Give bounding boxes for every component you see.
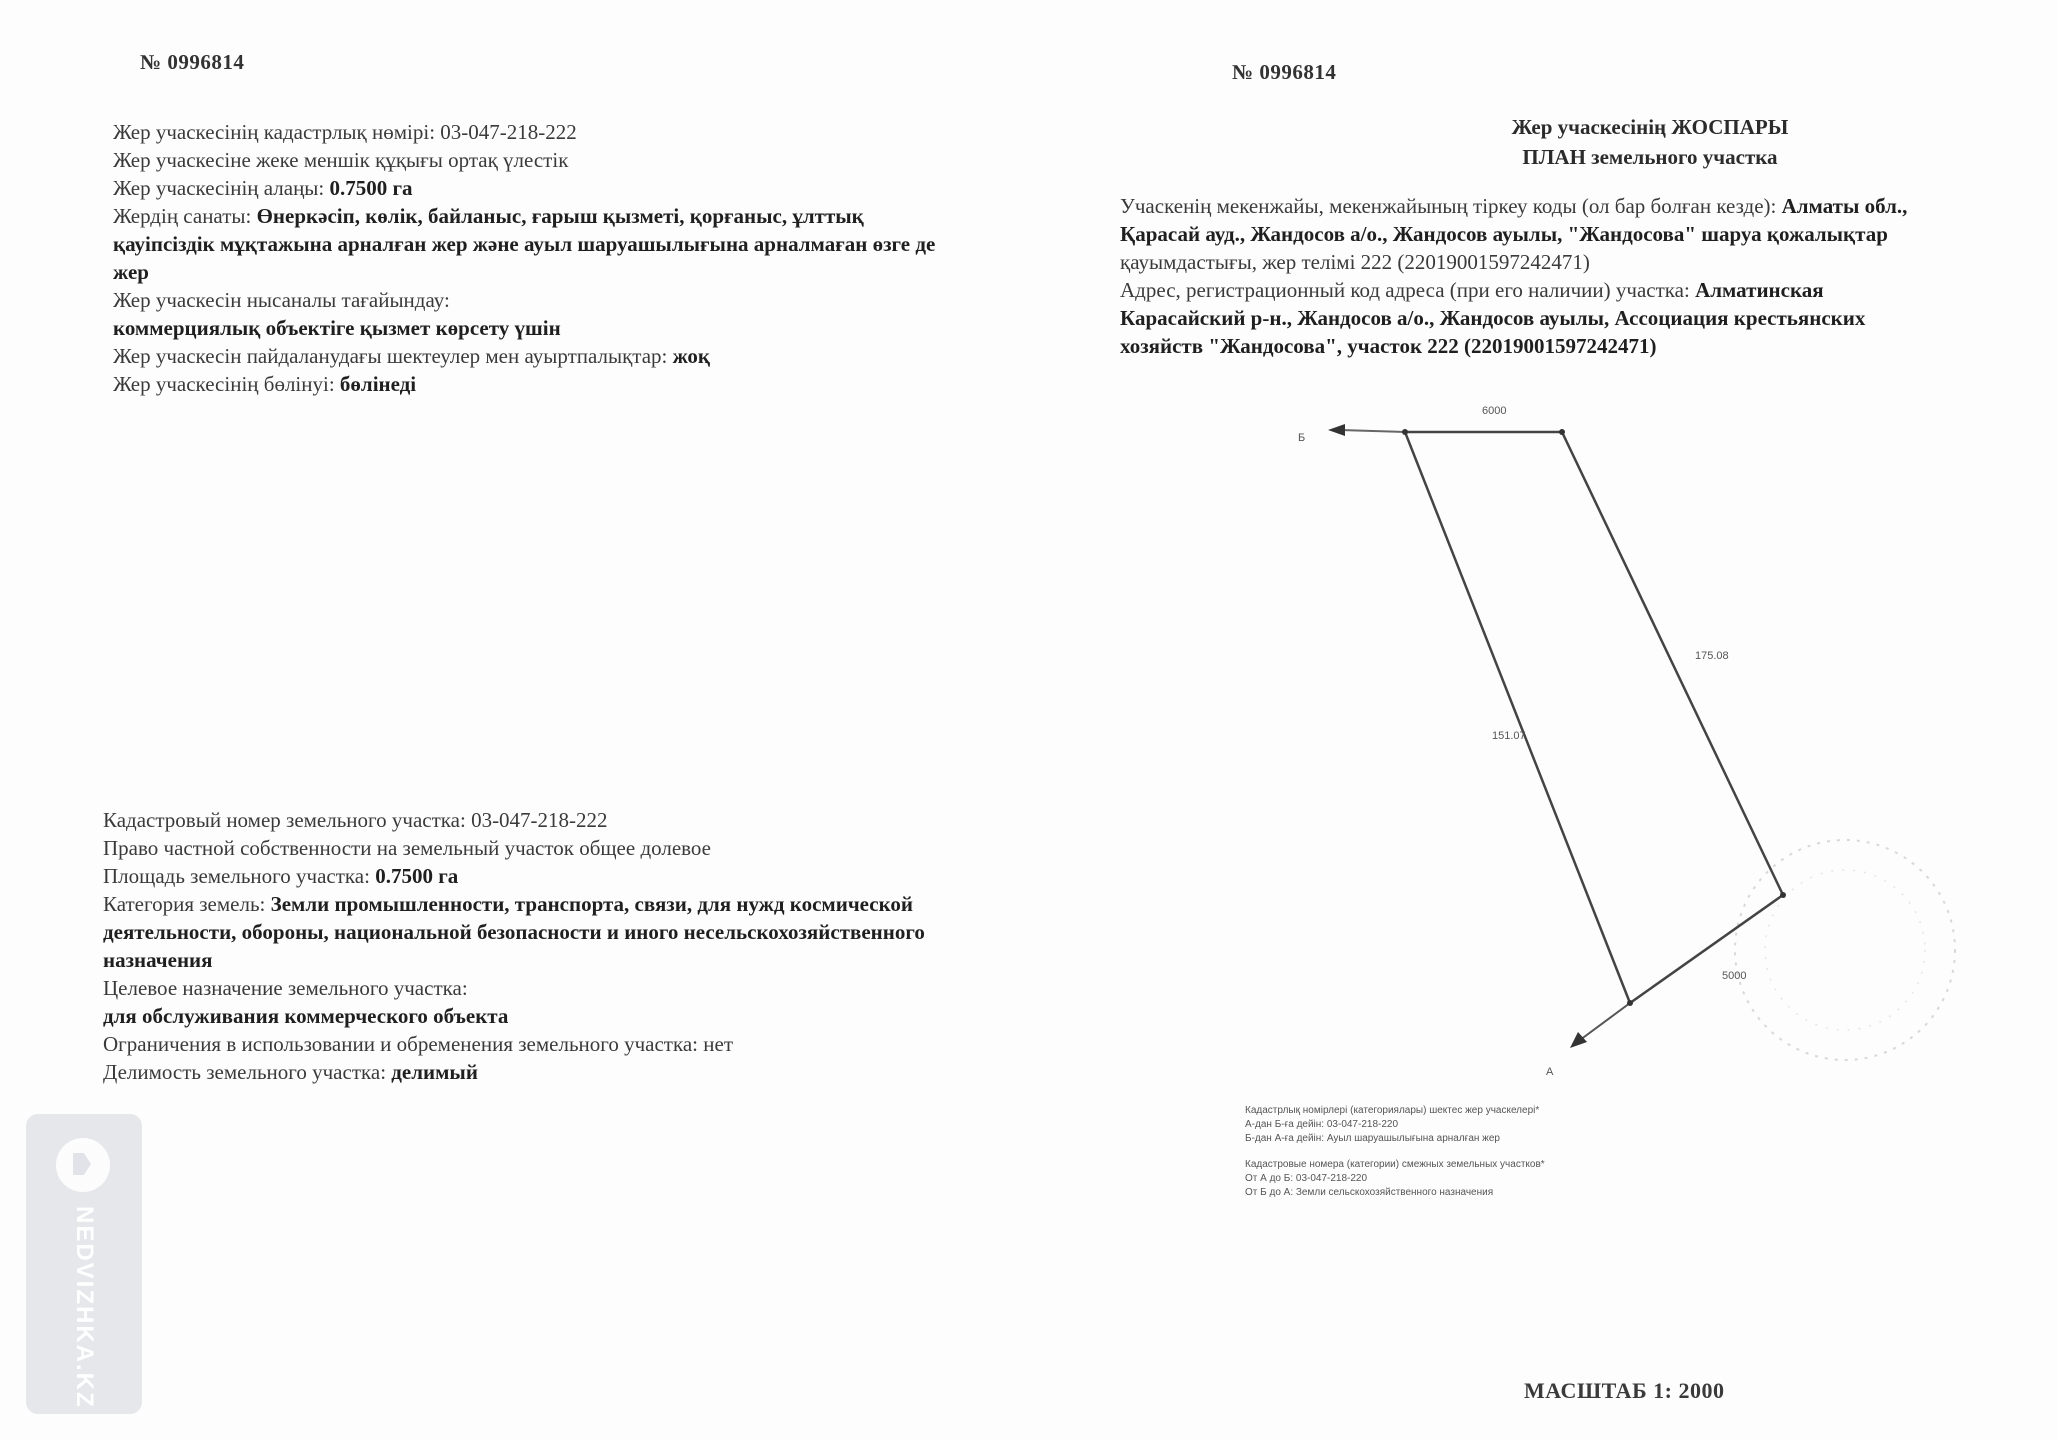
side-label-bottom: 5000 — [1722, 970, 1746, 982]
legend-line: Кадастровые номера (категории) смежных з… — [1245, 1158, 1625, 1172]
legend-line: Б-дан А-ға дейін: Ауыл шаруашылығына арн… — [1245, 1132, 1625, 1146]
legend-group: Кадастровые номера (категории) смежных з… — [1245, 1158, 1625, 1200]
stamp-mark — [1735, 840, 1955, 1060]
watermark-badge: NEDVIZHKA.KZ — [26, 1114, 142, 1414]
arrow-a-icon — [1570, 1032, 1587, 1048]
house-logo-icon — [56, 1138, 110, 1192]
point-label-b: Б — [1298, 432, 1305, 444]
side-label-right: 175.08 — [1695, 650, 1729, 662]
point-label-a: А — [1546, 1066, 1553, 1078]
side-label-left: 151.07 — [1492, 730, 1526, 742]
legend-line: Кадастрлық номірлері (категориялары) шек… — [1245, 1104, 1625, 1118]
plan-scale: МАСШТАБ 1: 2000 — [1524, 1378, 1724, 1404]
arrow-b-icon — [1328, 424, 1345, 436]
legend-line: А-дан Б-ға дейін: 03-047-218-220 — [1245, 1118, 1625, 1132]
land-plot-plan — [0, 0, 2057, 1440]
plot-boundary — [1405, 432, 1783, 1003]
legend-line: От Б до А: Земли сельскохозяйственного н… — [1245, 1186, 1625, 1200]
legend-line: От А до Б: 03-047-218-220 — [1245, 1172, 1625, 1186]
legend-group: Кадастрлық номірлері (категориялары) шек… — [1245, 1104, 1625, 1146]
adjacent-plots-legend: Кадастрлық номірлері (категориялары) шек… — [1245, 1104, 1625, 1200]
watermark-text: NEDVIZHKA.KZ — [70, 1206, 98, 1409]
side-label-top: 6000 — [1482, 405, 1506, 417]
